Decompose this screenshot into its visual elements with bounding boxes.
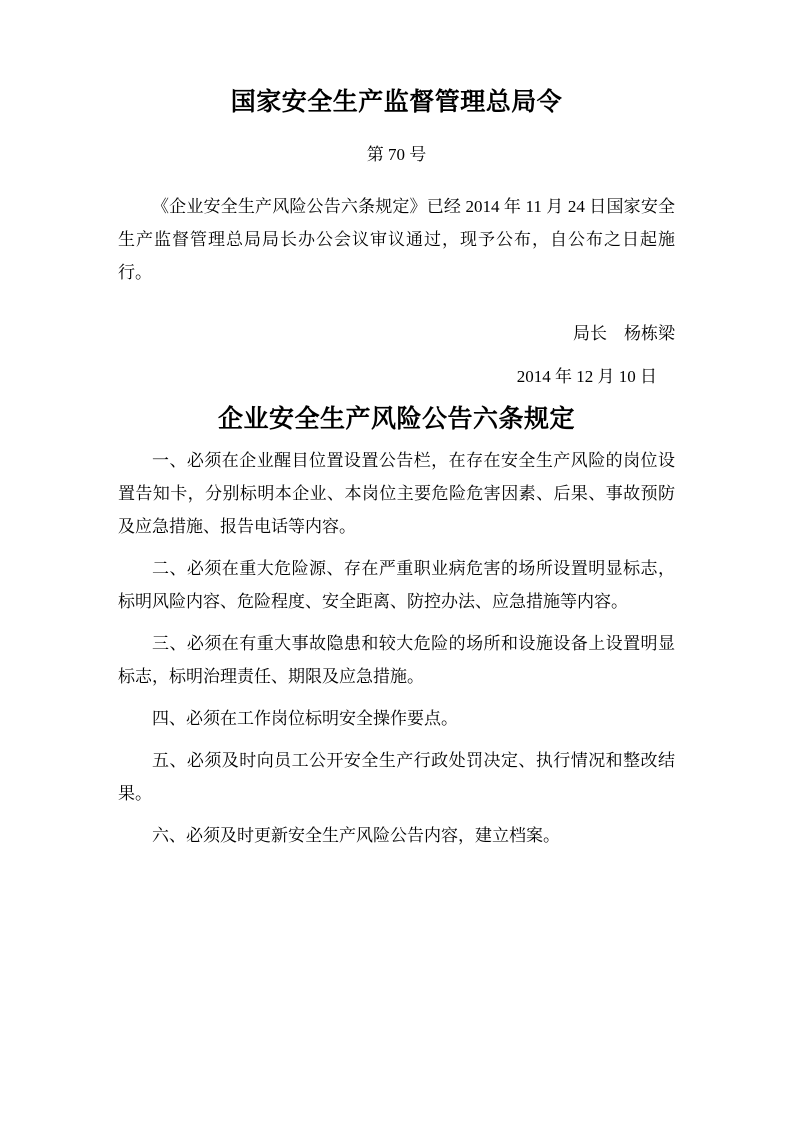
regulation-item-2: 二、必须在重大危险源、存在严重职业病危害的场所设置明显标志，标明风险内容、危险程… [118,552,675,618]
regulation-item-3: 三、必须在有重大事故隐患和较大危险的场所和设施设备上设置明显标志，标明治理责任、… [118,627,675,693]
signer-line: 局长 杨栋梁 [118,317,675,350]
order-number: 第 70 号 [118,146,675,164]
regulation-title: 企业安全生产风险公告六条规定 [118,405,675,435]
regulation-item-5: 五、必须及时向员工公开安全生产行政处罚决定、执行情况和整改结果。 [118,744,675,810]
regulation-item-6: 六、必须及时更新安全生产风险公告内容，建立档案。 [118,819,675,852]
regulation-item-4: 四、必须在工作岗位标明安全操作要点。 [118,702,675,735]
regulation-items: 一、必须在企业醒目位置设置公告栏，在存在安全生产风险的岗位设置告知卡，分别标明本… [118,444,675,852]
order-title: 国家安全生产监督管理总局令 [118,88,675,118]
order-body-paragraph: 《企业安全生产风险公告六条规定》已经 2014 年 11 月 24 日国家安全生… [118,190,675,289]
sign-date: 2014 年 12 月 10 日 [118,360,657,393]
document-page: 国家安全生产监督管理总局令 第 70 号 《企业安全生产风险公告六条规定》已经 … [0,0,793,1122]
regulation-item-1: 一、必须在企业醒目位置设置公告栏，在存在安全生产风险的岗位设置告知卡，分别标明本… [118,444,675,543]
